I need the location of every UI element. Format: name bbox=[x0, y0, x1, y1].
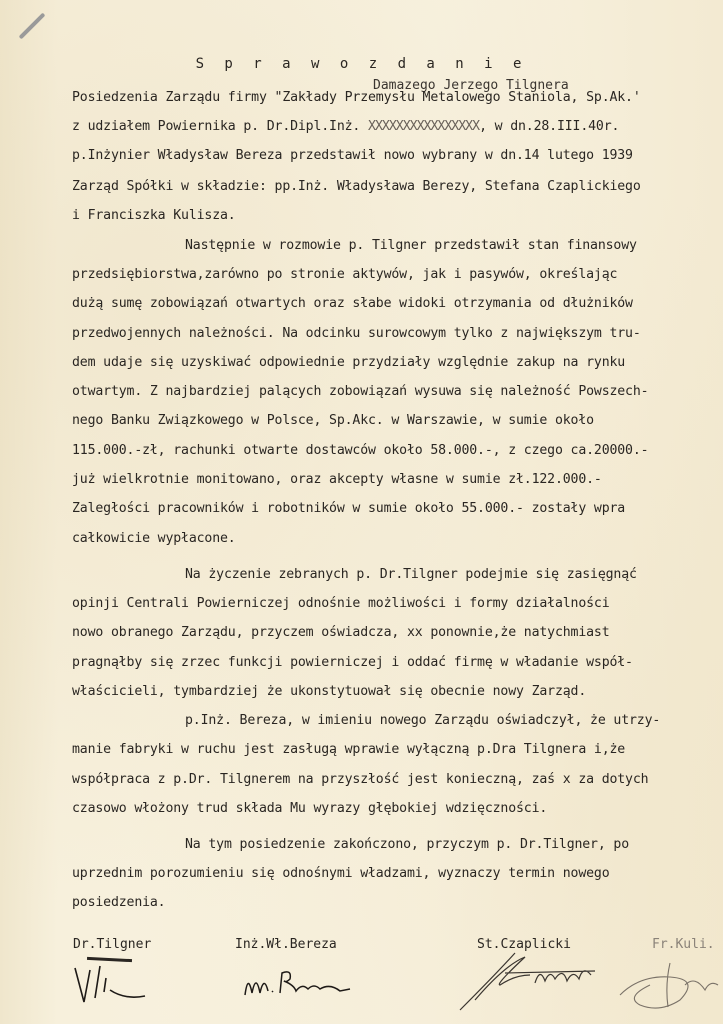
text-line: właścicieli, tymbardziej że ukonstytuowa… bbox=[72, 684, 586, 699]
signature-czaplicki bbox=[455, 945, 605, 1015]
text-line: uprzednim porozumieniu się odnośnymi wła… bbox=[72, 866, 609, 881]
text-line: p.Inż. Bereza, w imieniu nowego Zarządu … bbox=[185, 713, 660, 728]
text-line: i Franciszka Kulisza. bbox=[72, 208, 236, 223]
text-line: nego Banku Związkowego w Polsce, Sp.Akc.… bbox=[72, 413, 594, 428]
text-line: czasowo włożony trud składa Mu wyrazy gł… bbox=[72, 801, 547, 816]
text-line: opinji Centrali Powierniczej odnośnie mo… bbox=[72, 596, 609, 611]
text-line: Zarząd Spółki w składzie: pp.Inż. Władys… bbox=[72, 179, 641, 194]
text-line: z udziałem Powiernika p. Dr.Dipl.Inż. XX… bbox=[72, 119, 619, 134]
text-line: dem udaje się uzyskiwać odpowiednie przy… bbox=[72, 355, 625, 370]
text-line: manie fabryki w ruchu jest zasługą wpraw… bbox=[72, 742, 625, 757]
text-line: dużą sumę zobowiązań otwartych oraz słab… bbox=[72, 296, 633, 311]
signatory-name-tilgner: Dr.Tilgner bbox=[73, 937, 151, 952]
text-line: już wielkrotnie monitowano, oraz akcepty… bbox=[72, 472, 602, 487]
text-line: pragnąłby się zrzec funkcji powierniczej… bbox=[72, 655, 633, 670]
document-title: S p r a w o z d a n i e bbox=[0, 56, 723, 72]
text-line: całkowicie wypłacone. bbox=[72, 531, 236, 546]
signature-kulisz bbox=[610, 955, 723, 1015]
signatory-name-bereza: Inż.Wł.Bereza bbox=[235, 937, 337, 952]
text-line: otwartym. Z najbardziej palących zobowią… bbox=[72, 384, 648, 399]
text-line: posiedzenia. bbox=[72, 895, 165, 910]
signature-bereza bbox=[240, 965, 360, 1005]
text-line: Na życzenie zebranych p. Dr.Tilgner pode… bbox=[185, 567, 637, 582]
text-fragment: , w dn.28.III.40r. bbox=[479, 119, 619, 134]
struck-text: XXXXXXXXXXXXXXXX bbox=[368, 119, 479, 134]
text-line: 115.000.-zł, rachunki otwarte dostawców … bbox=[72, 443, 648, 458]
text-line: przedwojennych należności. Na odcinku su… bbox=[72, 326, 641, 341]
signature-tilgner bbox=[70, 960, 160, 1010]
text-line: nowo obranego Zarządu, przyczem oświadcz… bbox=[72, 625, 609, 640]
text-line: współpraca z p.Dr. Tilgnerem na przyszło… bbox=[72, 772, 648, 787]
text-line: Zaległości pracowników i robotników w su… bbox=[72, 501, 625, 516]
text-line: Następnie w rozmowie p. Tilgner przedsta… bbox=[185, 238, 637, 253]
text-line: Na tym posiedzenie zakończono, przyczym … bbox=[185, 837, 629, 852]
signatory-name-kulisz: Fr.Kuli. bbox=[652, 937, 715, 952]
text-line: p.Inżynier Władysław Bereza przedstawił … bbox=[72, 148, 633, 163]
text-line: Posiedzenia Zarządu firmy "Zakłady Przem… bbox=[72, 90, 641, 105]
text-line: przedsiębiorstwa,zarówno po stronie akty… bbox=[72, 267, 617, 282]
text-fragment: z udziałem Powiernika p. Dr.Dipl.Inż. bbox=[72, 119, 360, 134]
